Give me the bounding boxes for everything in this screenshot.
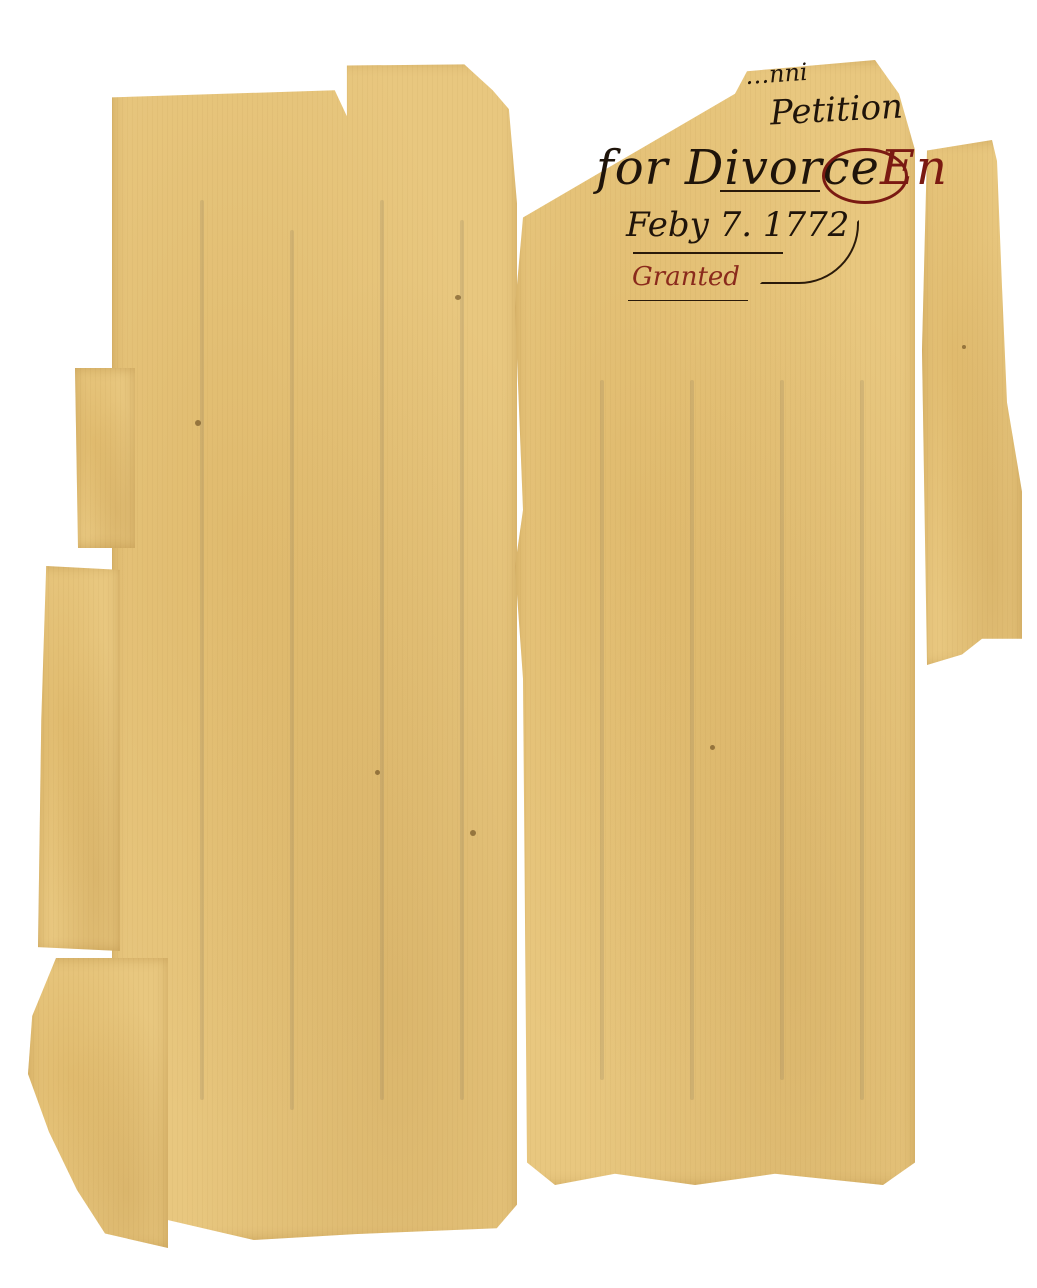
divorce-underline	[720, 190, 820, 192]
ink-speck	[375, 770, 380, 775]
granted-underline	[628, 300, 748, 301]
paper-fragment-left-bottom	[28, 958, 168, 1248]
red-ink-loop	[822, 148, 908, 204]
ink-speck	[195, 420, 201, 426]
ink-speck	[455, 295, 461, 300]
ink-speck	[470, 830, 476, 836]
docket-line-petition: Petition	[769, 87, 904, 134]
docket-line-top: …nni	[744, 58, 808, 90]
manuscript-canvas: …nni Petition for DivorceEn Feby 7. 1772…	[0, 0, 1037, 1288]
paper-fragment-left-strip-middle	[38, 566, 120, 951]
paper-fragment-right-strip	[922, 140, 1022, 665]
ink-speck	[962, 345, 966, 349]
paper-fragment-left-strip-upper	[75, 368, 135, 548]
paper-fragment-left	[112, 62, 517, 1240]
ink-speck	[710, 745, 715, 750]
date-underline	[633, 252, 783, 254]
docket-line-granted: Granted	[632, 262, 740, 292]
